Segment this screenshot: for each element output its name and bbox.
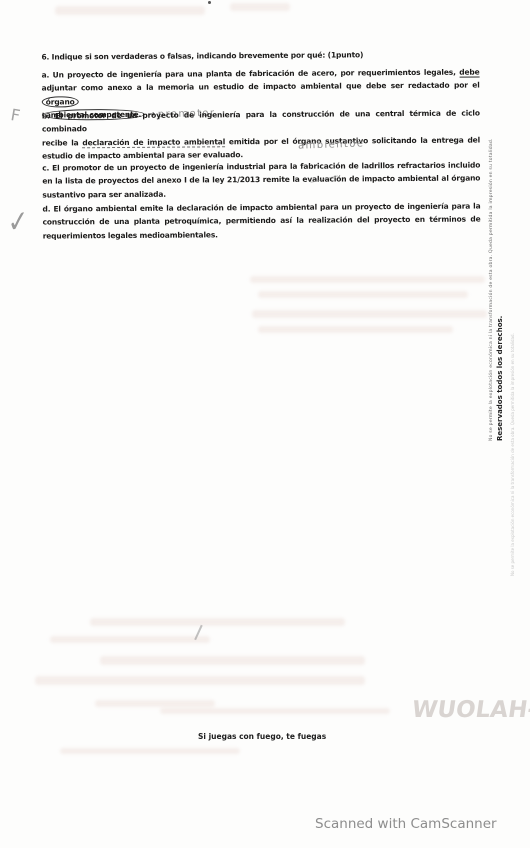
statement-d: d. El órgano ambiental emite la declarac…: [42, 199, 480, 242]
handwritten-note-ambientoe: ambientoe: [298, 138, 365, 151]
pencil-scratch-mark: [194, 625, 202, 640]
statement-b-line1: b. El promotor de un proyecto de ingenie…: [42, 106, 480, 136]
margin-mark-f: F: [9, 105, 21, 125]
statement-c: c. El promotor de un proyecto de ingenie…: [42, 158, 480, 201]
statement-a-text: adjuntar como anexo a la memoria un estu…: [42, 81, 480, 93]
statement-a-line2: adjuntar como anexo a la memoria un estu…: [42, 79, 480, 109]
statement-b-text: recibe la: [42, 138, 82, 147]
statement-a-text: a. Un proyecto de ingeniería para una pl…: [42, 68, 460, 80]
question-header: 6. Indique si son verdaderas o falsas, i…: [41, 47, 479, 63]
rights-reserved-text: Reservados todos los derechos.: [496, 141, 504, 441]
rights-tiny-text: No se permite la explotación económica n…: [510, 364, 516, 576]
scanned-document-page: 6. Indique si son verdaderas o falsas, i…: [0, 0, 530, 848]
dash-underlined-phrase: declaración de impacto ambiental: [82, 137, 225, 148]
circled-word-organo: órgano: [42, 96, 79, 107]
statement-d-line3: requerimientos legales medioambientales.: [43, 226, 481, 242]
camscanner-credit: Scanned with CamScanner: [315, 816, 497, 832]
margin-checkmark: ✓: [6, 204, 30, 241]
rights-disclaimer-text: No se permite la explotación económica n…: [489, 141, 494, 441]
wuolah-watermark-logo: WUOLAH-: [410, 697, 530, 723]
underlined-word-debe: debe: [459, 67, 479, 77]
footer-quote: Si juegas con fuego, te fuegas: [198, 732, 326, 741]
statement-b: b. El promotor de un proyecto de ingenie…: [42, 106, 480, 163]
